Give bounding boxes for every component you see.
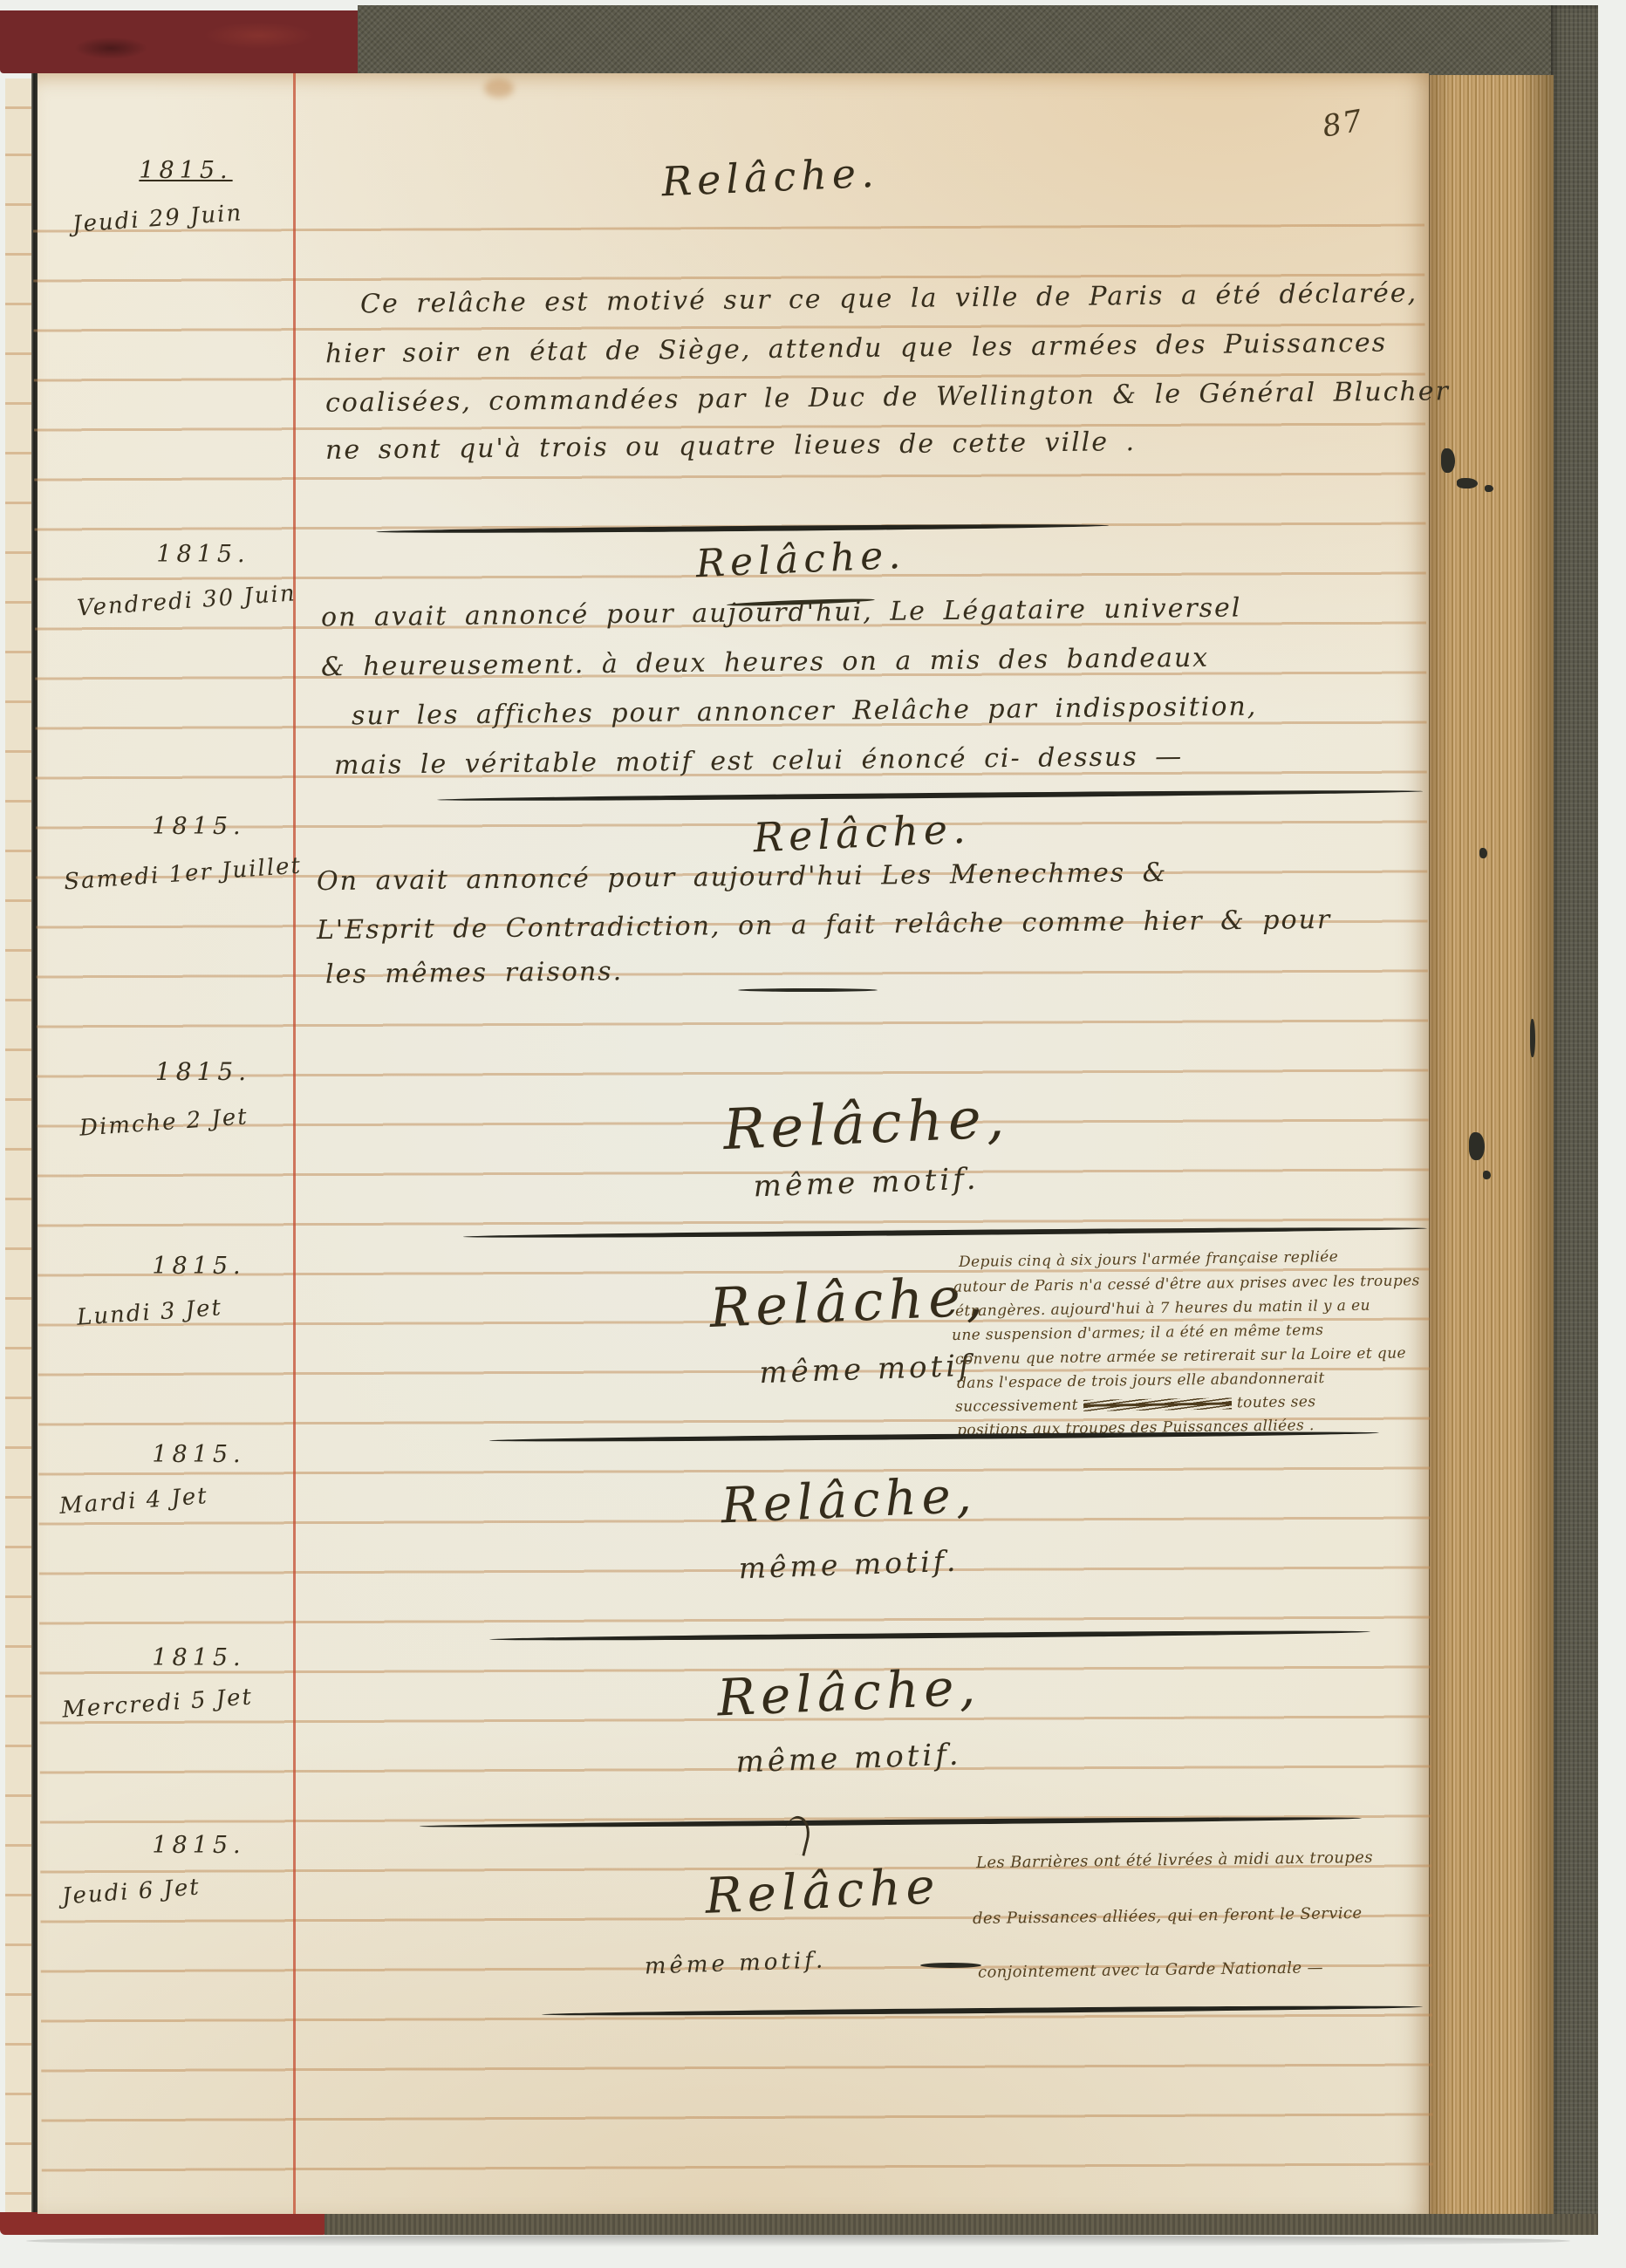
entry-year: 1815. <box>138 1253 260 1280</box>
margin-note-text: toutes ses <box>1237 1393 1316 1411</box>
entry-year: 1815. <box>138 1644 260 1671</box>
ink-speck <box>1457 478 1478 488</box>
entry-year: 1815. <box>138 813 260 840</box>
flourish-squiggle <box>920 1963 981 1968</box>
entry-year: 1815. <box>138 1441 260 1468</box>
paper-stain <box>484 79 514 98</box>
margin-note-text: successivement <box>955 1397 1078 1416</box>
struck-out-words <box>1083 1397 1232 1411</box>
ink-speck <box>1485 485 1493 492</box>
cover-cloth-bottom-edge <box>325 2214 1598 2235</box>
ink-speck <box>1530 1019 1535 1057</box>
entry-body-line: les mêmes raisons. <box>325 956 624 990</box>
entry-year: 1815. <box>138 1832 260 1859</box>
entry-year: 1815. <box>125 157 247 184</box>
scanned-register-page: 87 1815. Jeudi 29 Juin Relâche. Ce relâc… <box>0 0 1626 2268</box>
entry-year: 1815. <box>142 541 264 568</box>
ink-speck <box>1479 848 1487 858</box>
ink-speck <box>1483 1171 1491 1179</box>
ink-speck <box>1441 448 1455 473</box>
cover-cloth-right-edge <box>1551 5 1598 2235</box>
spine-red-leather-top <box>0 10 370 73</box>
manuscript-page: 87 1815. Jeudi 29 Juin Relâche. Ce relâc… <box>38 73 1429 2214</box>
book-shadow <box>26 2235 1570 2247</box>
red-margin-rule <box>293 73 296 2214</box>
previous-page-edge <box>5 79 31 2214</box>
entry-title: Relâche. <box>525 143 1015 211</box>
spine-red-leather-bottom <box>0 2212 328 2235</box>
entry-year: 1815. <box>138 1057 269 1086</box>
cover-cloth-top-edge <box>358 5 1598 75</box>
small-divider-squiggle <box>738 988 878 992</box>
ink-speck <box>1469 1132 1485 1160</box>
page-number: 87 <box>1320 103 1366 145</box>
